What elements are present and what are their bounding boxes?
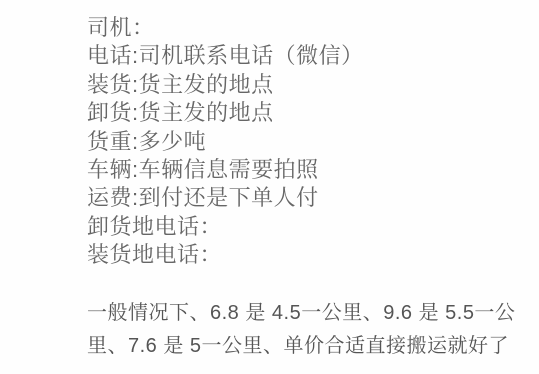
pricing-paragraph: 一般情况下、6.8 是 4.5一公里、9.6 是 5.5一公 里、7.6 是 5… (87, 297, 515, 363)
driver-line: 司机： (87, 14, 364, 42)
unloading-phone-line: 卸货地电话： (87, 213, 364, 241)
loading-line: 装货:货主发的地点 (87, 71, 364, 99)
shipping-info-list: 司机： 电话:司机联系电话（微信） 装货:货主发的地点 卸货:货主发的地点 货重… (87, 14, 364, 270)
freight-line: 运费:到付还是下单人付 (87, 184, 364, 212)
note-photo: 司机： 电话:司机联系电话（微信） 装货:货主发的地点 卸货:货主发的地点 货重… (0, 0, 539, 374)
unloading-line: 卸货:货主发的地点 (87, 99, 364, 127)
cargo-weight-line: 货重:多少吨 (87, 128, 364, 156)
vehicle-line: 车辆:车辆信息需要拍照 (87, 156, 364, 184)
pricing-line-1: 一般情况下、6.8 是 4.5一公里、9.6 是 5.5一公 (87, 297, 515, 330)
loading-phone-line: 装货地电话： (87, 241, 364, 269)
phone-line: 电话:司机联系电话（微信） (87, 42, 364, 70)
pricing-line-2: 里、7.6 是 5一公里、单价合适直接搬运就好了 (87, 330, 515, 363)
